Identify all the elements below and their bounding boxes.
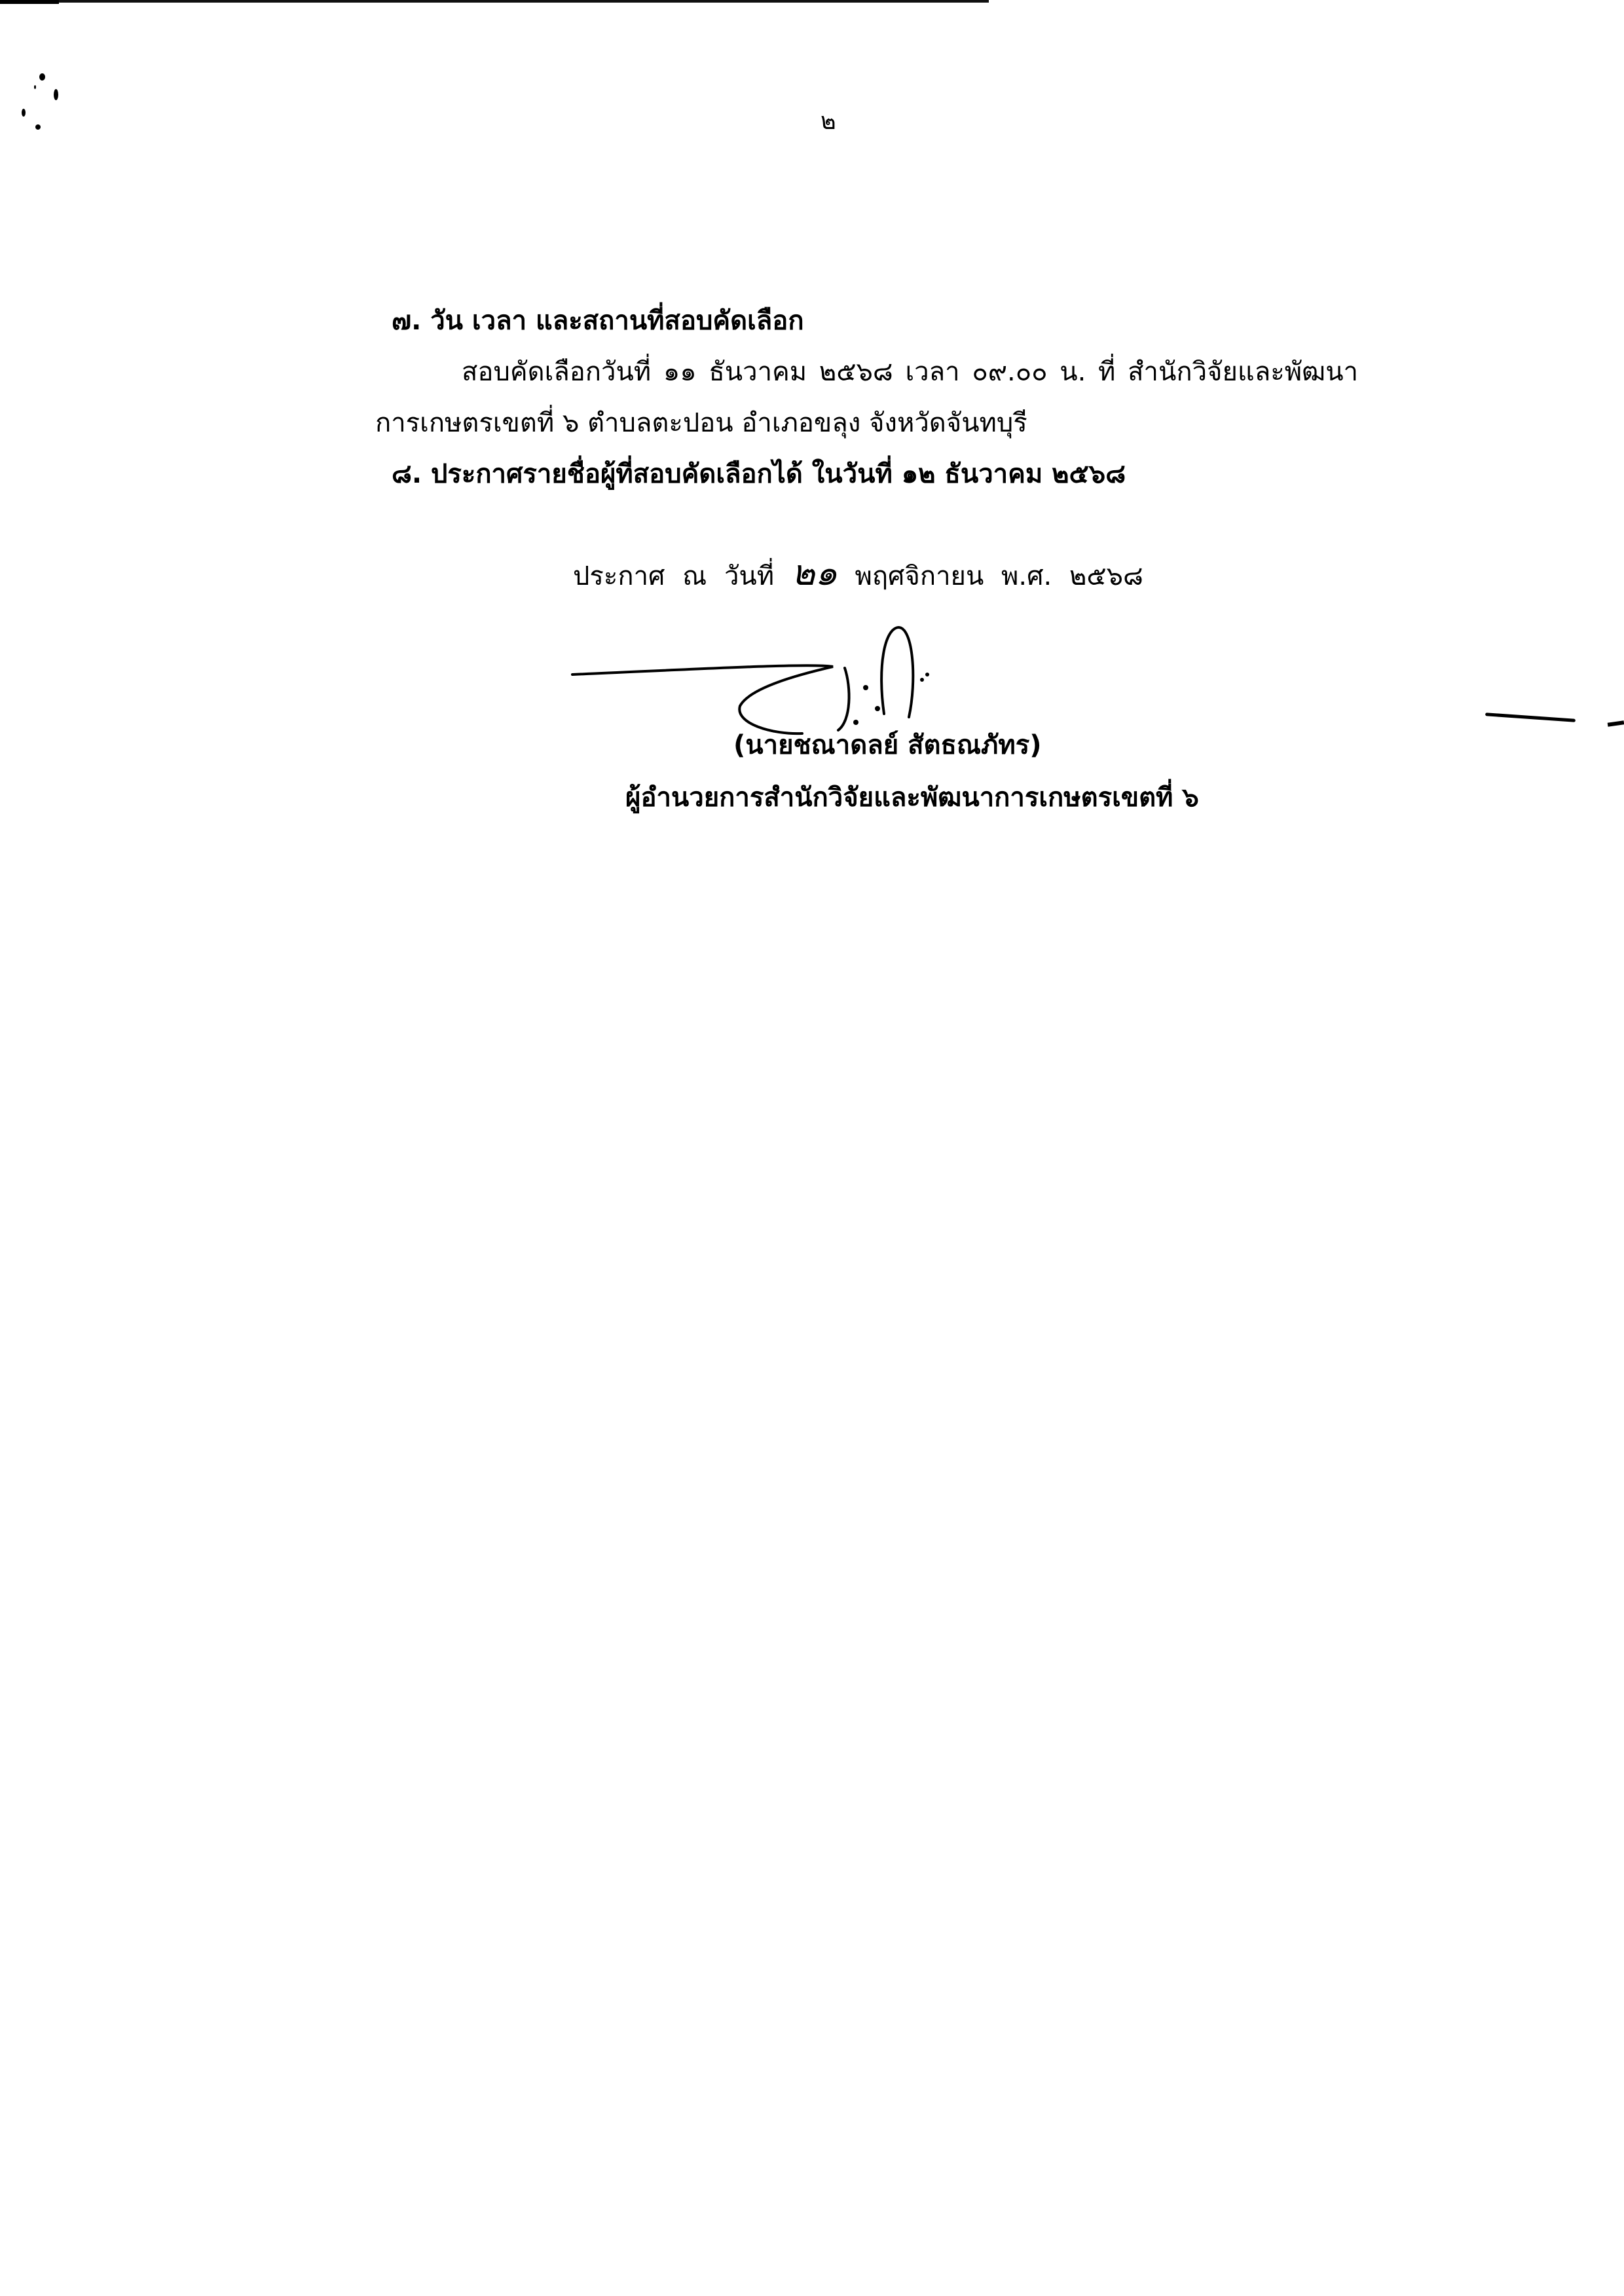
section-7-body-line-2: การเกษตรเขตที่ ๖ ตำบลตะปอน อำเภอขลุง จัง… — [375, 410, 1027, 436]
scan-edge-stroke — [1608, 720, 1624, 726]
handwritten-signature — [563, 589, 1074, 747]
announcement-suffix: พฤศจิกายน พ.ศ. ๒๕๖๘ — [855, 561, 1143, 591]
signer-name: (นายชณาดลย์ สัตธณภัทร) — [733, 732, 1042, 758]
scan-edge-mark — [0, 0, 59, 4]
section-7-body-line-1: สอบคัดเลือกวันที่ ๑๑ ธันวาคม ๒๕๖๘ เวลา ๐… — [462, 359, 1358, 385]
page-number: ๒ — [821, 110, 836, 134]
scan-edge-stroke — [1485, 713, 1576, 722]
section-7-heading: ๗. วัน เวลา และสถานที่สอบคัดเลือก — [392, 308, 804, 334]
signer-title: ผู้อำนวยการสำนักวิจัยและพัฒนาการเกษตรเขต… — [625, 785, 1199, 811]
announcement-prefix: ประกาศ ณ วันที่ — [573, 561, 774, 591]
announcement-date-line: ประกาศ ณ วันที่ ๒๑ พฤศจิกายน พ.ศ. ๒๕๖๘ — [573, 555, 1143, 591]
scan-edge-line — [0, 0, 989, 3]
section-8-heading: ๘. ประกาศรายชื่อผู้ที่สอบคัดเลือกได้ ในว… — [392, 461, 1126, 487]
announcement-day-handwritten: ๒๑ — [792, 552, 838, 593]
